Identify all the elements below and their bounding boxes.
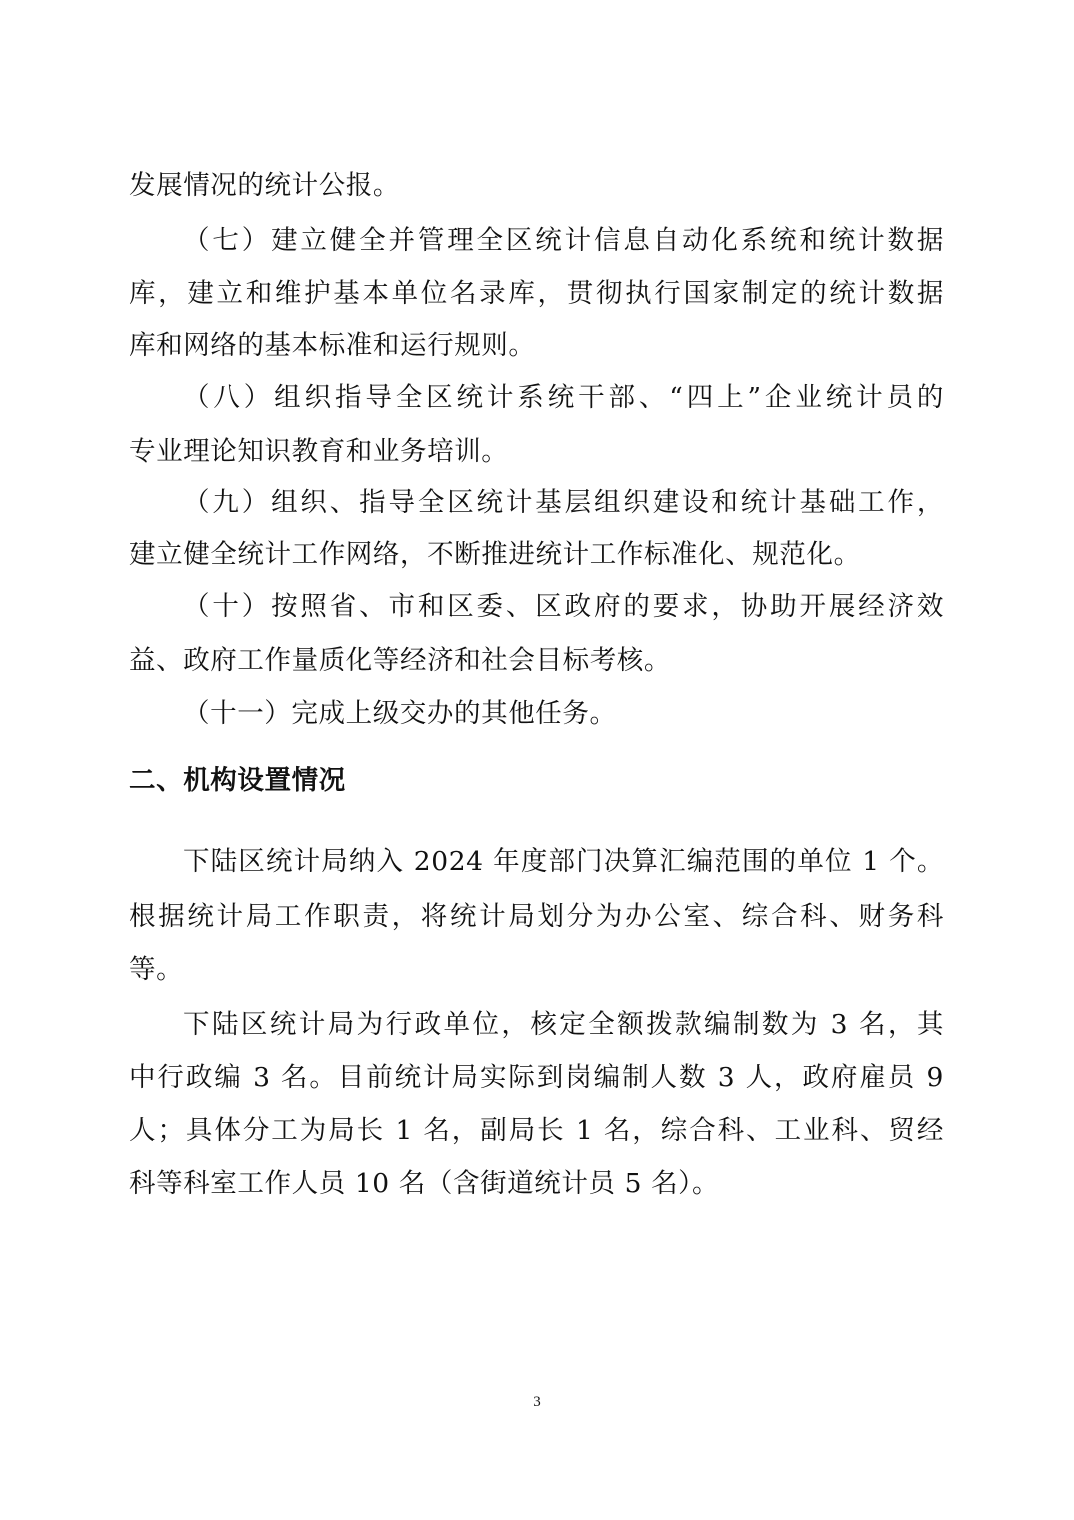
- text-line: （十一）完成上级交办的其他任务。: [183, 697, 944, 731]
- text-line: （七）建立健全并管理全区统计信息自动化系统和统计数据: [183, 224, 944, 258]
- text-line: 等。: [129, 953, 944, 987]
- text-line: 专业理论知识教育和业务培训。: [129, 435, 944, 469]
- text-line: 库，建立和维护基本单位名录库，贯彻执行国家制定的统计数据: [129, 277, 944, 311]
- text-line: 下陆区统计局为行政单位，核定全额拨款编制数为 3 名，其: [183, 1008, 944, 1042]
- text-line: 建立健全统计工作网络，不断推进统计工作标准化、规范化。: [129, 538, 944, 572]
- document-page: 发展情况的统计公报。 （七）建立健全并管理全区统计信息自动化系统和统计数据 库，…: [0, 0, 1074, 1520]
- text-line: （十）按照省、市和区委、区政府的要求，协助开展经济效: [183, 590, 944, 624]
- text-line: 中行政编 3 名。目前统计局实际到岗编制人数 3 人，政府雇员 9: [129, 1061, 944, 1095]
- text-line: 下陆区统计局纳入 2024 年度部门决算汇编范围的单位 1 个。: [183, 845, 944, 879]
- text-line: 人；具体分工为局长 1 名，副局长 1 名，综合科、工业科、贸经: [129, 1114, 944, 1148]
- page-number: 3: [527, 1392, 547, 1412]
- text-line: （八）组织指导全区统计系统干部、“四上”企业统计员的: [183, 381, 944, 415]
- text-line: 科等科室工作人员 10 名（含街道统计员 5 名）。: [129, 1167, 944, 1201]
- section-heading: 二、机构设置情况: [129, 764, 346, 798]
- text-line: （九）组织、指导全区统计基层组织建设和统计基础工作，: [183, 486, 944, 520]
- text-line: 库和网络的基本标准和运行规则。: [129, 329, 944, 363]
- text-line: 发展情况的统计公报。: [129, 169, 944, 203]
- text-line: 根据统计局工作职责，将统计局划分为办公室、综合科、财务科: [129, 900, 944, 934]
- text-line: 益、政府工作量质化等经济和社会目标考核。: [129, 644, 944, 678]
